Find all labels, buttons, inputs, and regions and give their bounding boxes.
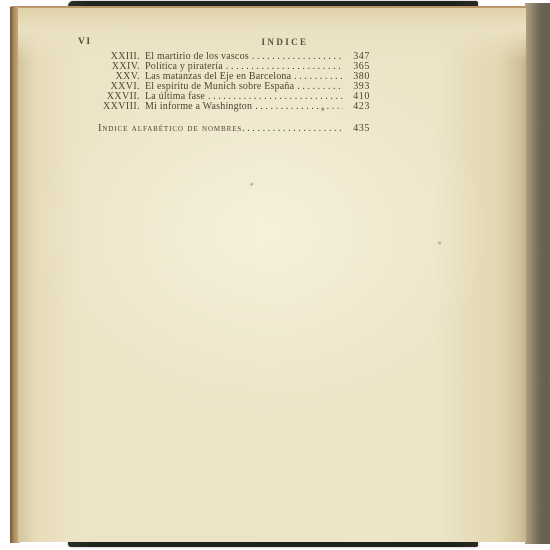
book-scan: VI INDICE XXIII. El martirio de los vasc… [0,0,550,550]
dot-leader [252,52,343,62]
toc-entry-page: 423 [348,102,370,112]
toc-entry-numeral: XXVIII. [102,102,140,112]
dot-leader [255,102,343,112]
toc-list: XXIII. El martirio de los vascos 347 XXI… [102,52,370,112]
toc-entry: XXIII. El martirio de los vascos 347 [102,52,370,62]
toc-entry: XXVI. El espíritu de Munich sobre España… [102,82,370,92]
toc-entry-title: Mi informe a Washington [145,102,252,112]
dot-leader [297,82,343,92]
book-page: VI INDICE XXIII. El martirio de los vasc… [18,8,526,542]
running-head: VI INDICE [18,37,526,49]
dot-leader [242,123,343,134]
index-entry-title: Indice alfabético de nombres [98,123,242,134]
running-title: INDICE [18,37,526,47]
dot-leader [294,72,343,82]
index-entry-page: 435 [348,123,370,134]
toc-entry: XXVIII. Mi informe a Washington 423 [102,102,370,112]
page-block-fore-edge [525,3,550,544]
index-name-entry: Indice alfabético de nombres 435 [98,123,370,134]
page-content: VI INDICE XXIII. El martirio de los vasc… [18,8,526,542]
